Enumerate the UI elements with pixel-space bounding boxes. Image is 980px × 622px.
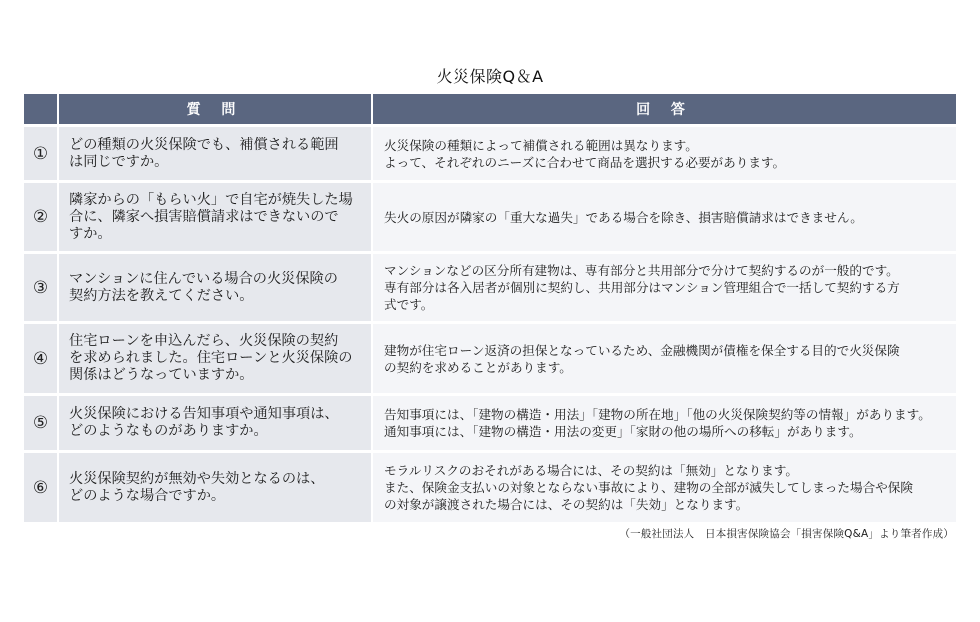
answer-line: の契約を求めることがあります。 xyxy=(384,359,900,376)
question-line: どのようなものがありますか。 xyxy=(69,423,339,440)
answer-cell: モラルリスクのおそれがある場合には、その契約は「無効」となります。 また、保険金… xyxy=(373,453,956,522)
question-line: すか。 xyxy=(69,226,353,243)
answer-line: 専有部分は各入居者が個別に契約し、共用部分はマンション管理組合で一括して契約する… xyxy=(384,279,900,296)
question-line: 住宅ローンを申込んだら、火災保険の契約 xyxy=(69,333,352,350)
answer-line: よって、それぞれのニーズに合わせて商品を選択する必要があります。 xyxy=(384,154,785,171)
answer-line: 式です。 xyxy=(384,296,900,313)
question-line: 火災保険契約が無効や失効となるのは、 xyxy=(69,471,324,488)
question-cell: 隣家からの「もらい火」で自宅が焼失した場 合に、隣家へ損害賠償請求はできないので… xyxy=(59,183,371,251)
header-number xyxy=(24,94,57,124)
answer-line: また、保険金支払いの対象とならない事故により、建物の全部が滅失してしまった場合や… xyxy=(384,479,913,496)
row-number: ④ xyxy=(24,324,57,393)
question-line: 火災保険における告知事項や通知事項は、 xyxy=(69,406,339,423)
question-line: どのような場合ですか。 xyxy=(69,488,324,505)
answer-cell: 建物が住宅ローン返済の担保となっているため、金融機関が債権を保全する目的で火災保… xyxy=(373,324,956,393)
question-line: 合に、隣家へ損害賠償請求はできないので xyxy=(69,209,353,226)
question-line: は同じですか。 xyxy=(69,154,339,171)
question-cell: どの種類の火災保険でも、補償される範囲 は同じですか。 xyxy=(59,127,371,180)
answer-line: 火災保険の種類によって補償される範囲は異なります。 xyxy=(384,137,785,154)
page-title: 火災保険Q＆A xyxy=(0,64,980,87)
question-line: マンションに住んでいる場合の火災保険の xyxy=(69,271,338,288)
question-cell: 住宅ローンを申込んだら、火災保険の契約 を求められました。住宅ローンと火災保険の… xyxy=(59,324,371,393)
row-number: ⑤ xyxy=(24,396,57,450)
answer-cell: マンションなどの区分所有建物は、専有部分と共用部分で分けて契約するのが一般的です… xyxy=(373,254,956,321)
row-number: ① xyxy=(24,127,57,180)
answer-cell: 失火の原因が隣家の「重大な過失」である場合を除き、損害賠償請求はできません。 xyxy=(373,183,956,251)
answer-line: モラルリスクのおそれがある場合には、その契約は「無効」となります。 xyxy=(384,462,913,479)
row-number: ⑥ xyxy=(24,453,57,522)
question-line: 関係はどうなっていますか。 xyxy=(69,367,352,384)
answer-line: 建物が住宅ローン返済の担保となっているため、金融機関が債権を保全する目的で火災保… xyxy=(384,342,900,359)
answer-line: 告知事項には、「建物の構造・用法」「建物の所在地」「他の火災保険契約等の情報」が… xyxy=(384,406,931,423)
question-line: 契約方法を教えてください。 xyxy=(69,288,338,305)
answer-line: 失火の原因が隣家の「重大な過失」である場合を除き、損害賠償請求はできません。 xyxy=(384,209,863,226)
question-line: 隣家からの「もらい火」で自宅が焼失した場 xyxy=(69,192,353,209)
qa-table: 質 問 回 答 ① どの種類の火災保険でも、補償される範囲 は同じですか。 火災… xyxy=(24,94,955,522)
answer-line: マンションなどの区分所有建物は、専有部分と共用部分で分けて契約するのが一般的です… xyxy=(384,262,900,279)
header-answer: 回 答 xyxy=(373,94,956,124)
row-number: ③ xyxy=(24,254,57,321)
question-cell: 火災保険契約が無効や失効となるのは、 どのような場合ですか。 xyxy=(59,453,371,522)
header-question: 質 問 xyxy=(59,94,371,124)
question-line: どの種類の火災保険でも、補償される範囲 xyxy=(69,137,339,154)
answer-line: 通知事項には、「建物の構造・用法の変更」「家財の他の場所への移転」があります。 xyxy=(384,423,931,440)
answer-cell: 火災保険の種類によって補償される範囲は異なります。 よって、それぞれのニーズに合… xyxy=(373,127,956,180)
question-cell: マンションに住んでいる場合の火災保険の 契約方法を教えてください。 xyxy=(59,254,371,321)
answer-cell: 告知事項には、「建物の構造・用法」「建物の所在地」「他の火災保険契約等の情報」が… xyxy=(373,396,956,450)
question-line: を求められました。住宅ローンと火災保険の xyxy=(69,350,352,367)
question-cell: 火災保険における告知事項や通知事項は、 どのようなものがありますか。 xyxy=(59,396,371,450)
row-number: ② xyxy=(24,183,57,251)
source-note: （一般社団法人 日本損害保険協会「損害保険Q&A」より筆者作成） xyxy=(619,526,954,541)
answer-line: の対象が譲渡された場合には、その契約は「失効」となります。 xyxy=(384,496,913,513)
